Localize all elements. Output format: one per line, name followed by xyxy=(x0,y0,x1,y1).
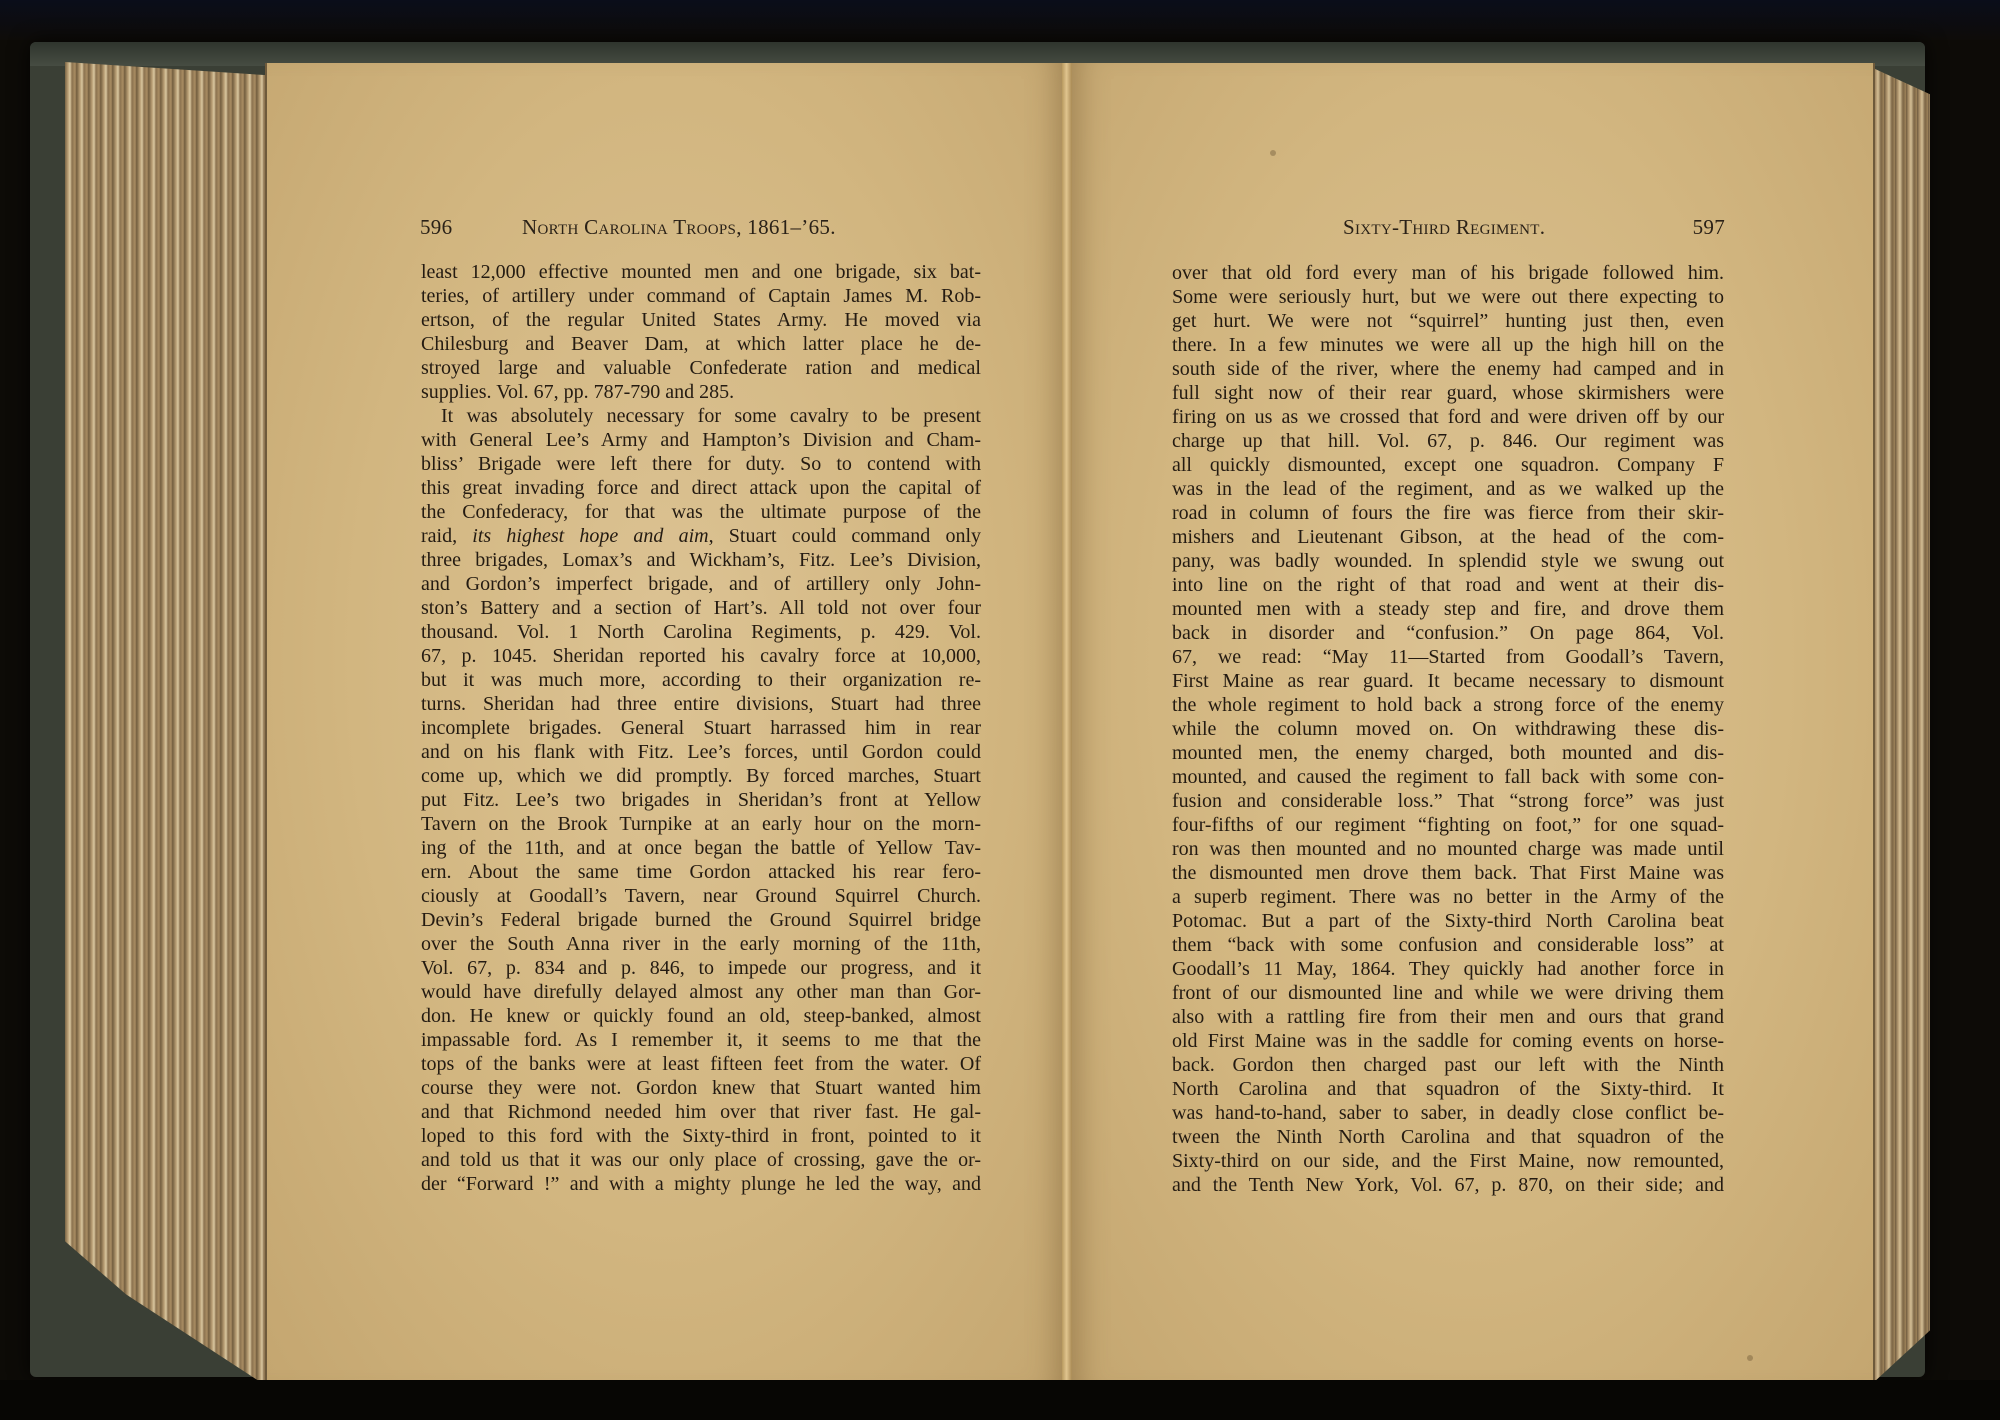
text-line: ciously at Goodall’s Tavern, near Ground… xyxy=(421,884,981,908)
text-line: mounted men with a steady step and fire,… xyxy=(1172,597,1724,621)
text-line: but it was much more, according to their… xyxy=(421,668,981,692)
paper-spot xyxy=(1270,150,1276,156)
text-line: this great invading force and direct att… xyxy=(421,476,981,500)
text-line: get hurt. We were not “squirrel” hunting… xyxy=(1172,309,1724,333)
text-line: teries, of artillery under command of Ca… xyxy=(421,284,981,308)
text-line: back. Gordon then charged past our left … xyxy=(1172,1053,1724,1077)
text-line: 67, p. 1045. Sheridan reported his caval… xyxy=(421,644,981,668)
text-line: ston’s Battery and a section of Hart’s. … xyxy=(421,596,981,620)
right-page-body-text: over that old ford every man of his brig… xyxy=(1172,261,1724,1197)
paper-spot xyxy=(1747,1355,1753,1361)
text-line: and the Tenth New York, Vol. 67, p. 870,… xyxy=(1172,1173,1724,1197)
text-line: four-fifths of our regiment “fighting on… xyxy=(1172,813,1724,837)
text-line: ertson, of the regular United States Arm… xyxy=(421,308,981,332)
text-line: and that Richmond needed him over that r… xyxy=(421,1100,981,1124)
text-line: ing of the 11th, and at once began the b… xyxy=(421,836,981,860)
text-line: the whole regiment to hold back a strong… xyxy=(1172,693,1724,717)
text-line: ern. About the same time Gordon attacked… xyxy=(421,860,981,884)
text-line: 67, we read: “May 11—Started from Goodal… xyxy=(1172,645,1724,669)
italic-phrase: its highest hope and aim xyxy=(472,525,708,547)
text-line: Sixty-third on our side, and the First M… xyxy=(1172,1149,1724,1173)
background-top xyxy=(0,0,2000,40)
text-line: tween the Ninth North Carolina and that … xyxy=(1172,1125,1724,1149)
text-line: also with a rattling fire from their men… xyxy=(1172,1005,1724,1029)
text-line: put Fitz. Lee’s two brigades in Sheridan… xyxy=(421,788,981,812)
text-line: fusion and considerable loss.” That “str… xyxy=(1172,789,1724,813)
text-line: there. In a few minutes we were all up t… xyxy=(1172,333,1724,357)
text-line: three brigades, Lomax’s and Wickham’s, F… xyxy=(421,548,981,572)
text-line: over that old ford every man of his brig… xyxy=(1172,261,1724,285)
right-running-head: Sixty-Third Regiment. 597 xyxy=(1160,215,1725,247)
text-line: incomplete brigades. General Stuart harr… xyxy=(421,716,981,740)
text-line: It was absolutely necessary for some cav… xyxy=(421,404,981,428)
text-line: First Maine as rear guard. It became nec… xyxy=(1172,669,1724,693)
text-line: charge up that hill. Vol. 67, p. 846. Ou… xyxy=(1172,429,1724,453)
text-line: stroyed large and valuable Confederate r… xyxy=(421,356,981,380)
text-line: and Gordon’s imperfect brigade, and of a… xyxy=(421,572,981,596)
text-line: bliss’ Brigade were left there for duty.… xyxy=(421,452,981,476)
background-bottom xyxy=(0,1380,2000,1420)
text-line: impassable ford. As I remember it, it se… xyxy=(421,1028,981,1052)
text-line: Vol. 67, p. 834 and p. 846, to impede ou… xyxy=(421,956,981,980)
text-line: front of our dismounted line and while w… xyxy=(1172,981,1724,1005)
text-line: them “back with some confusion and consi… xyxy=(1172,933,1724,957)
text-line: mishers and Lieutenant Gibson, at the he… xyxy=(1172,525,1724,549)
text-line: all quickly dismounted, except one squad… xyxy=(1172,453,1724,477)
text-line: Goodall’s 11 May, 1864. They quickly had… xyxy=(1172,957,1724,981)
running-head-title: North Carolina Troops, 1861–’65. xyxy=(522,215,836,240)
text-line: pany, was badly wounded. In splendid sty… xyxy=(1172,549,1724,573)
page-edges-right xyxy=(1873,68,1930,1383)
text-line: Devin’s Federal brigade burned the Groun… xyxy=(421,908,981,932)
text-line: don. He knew or quickly found an old, st… xyxy=(421,1004,981,1028)
text-line: tops of the banks were at least fifteen … xyxy=(421,1052,981,1076)
left-page-body-text: least 12,000 effective mounted men and o… xyxy=(421,260,981,1196)
running-head-title: Sixty-Third Regiment. xyxy=(1343,215,1545,240)
page-number: 596 xyxy=(420,215,452,240)
text-line: would have direfully delayed almost any … xyxy=(421,980,981,1004)
text-line: the dismounted men drove them back. That… xyxy=(1172,861,1724,885)
text-line: with General Lee’s Army and Hampton’s Di… xyxy=(421,428,981,452)
text-line: south side of the river, where the enemy… xyxy=(1172,357,1724,381)
text-line: the Confederacy, for that was the ultima… xyxy=(421,500,981,524)
text-line: der “Forward !” and with a mighty plunge… xyxy=(421,1172,981,1196)
text-line: least 12,000 effective mounted men and o… xyxy=(421,260,981,284)
text-line: Some were seriously hurt, but we were ou… xyxy=(1172,285,1724,309)
text-line: old First Maine was in the saddle for co… xyxy=(1172,1029,1724,1053)
text-line: supplies. Vol. 67, pp. 787-790 and 285. xyxy=(421,380,981,404)
text-line: Tavern on the Brook Turnpike at an early… xyxy=(421,812,981,836)
page-number: 597 xyxy=(1693,215,1725,240)
text-line: ron was then mounted and no mounted char… xyxy=(1172,837,1724,861)
text-line: North Carolina and that squadron of the … xyxy=(1172,1077,1724,1101)
book-gutter xyxy=(1062,63,1072,1383)
text-line: over the South Anna river in the early m… xyxy=(421,932,981,956)
text-line: mounted, and caused the regiment to fall… xyxy=(1172,765,1724,789)
text-line: a superb regiment. There was no better i… xyxy=(1172,885,1724,909)
text-line: mounted men, the enemy charged, both mou… xyxy=(1172,741,1724,765)
text-line: road in column of fours the fire was fie… xyxy=(1172,501,1724,525)
text-line: and told us that it was our only place o… xyxy=(421,1148,981,1172)
text-line: turns. Sheridan had three entire divisio… xyxy=(421,692,981,716)
text-line: was in the lead of the regiment, and as … xyxy=(1172,477,1724,501)
page-edges-left xyxy=(65,62,268,1387)
text-line: loped to this ford with the Sixty-third … xyxy=(421,1124,981,1148)
text-line: course they were not. Gordon knew that S… xyxy=(421,1076,981,1100)
text-line: thousand. Vol. 1 North Carolina Regiment… xyxy=(421,620,981,644)
text-line: Chilesburg and Beaver Dam, at which latt… xyxy=(421,332,981,356)
text-line: Potomac. But a part of the Sixty-third N… xyxy=(1172,909,1724,933)
text-line: raid, its highest hope and aim, Stuart c… xyxy=(421,524,981,548)
text-line: was hand-to-hand, saber to saber, in dea… xyxy=(1172,1101,1724,1125)
text-line: firing on us as we crossed that ford and… xyxy=(1172,405,1724,429)
left-running-head: 596 North Carolina Troops, 1861–’65. xyxy=(420,215,1000,247)
text-line: while the column moved on. On withdrawin… xyxy=(1172,717,1724,741)
text-line: full sight now of their rear guard, whos… xyxy=(1172,381,1724,405)
text-line: back in disorder and “confusion.” On pag… xyxy=(1172,621,1724,645)
text-line: and on his flank with Fitz. Lee’s forces… xyxy=(421,740,981,764)
text-line: come up, which we did promptly. By force… xyxy=(421,764,981,788)
text-line: into line on the right of that road and … xyxy=(1172,573,1724,597)
